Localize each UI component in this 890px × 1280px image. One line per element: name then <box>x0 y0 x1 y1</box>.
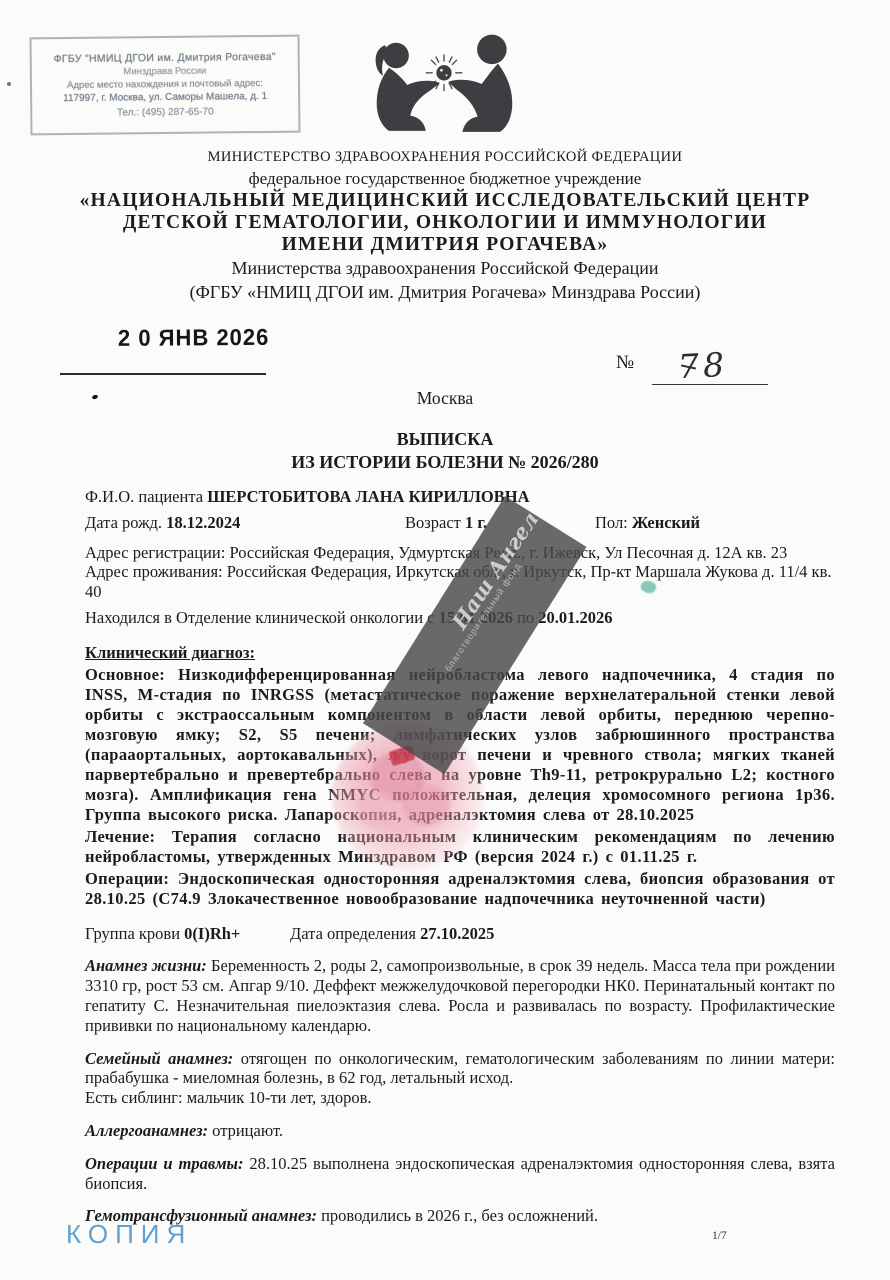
anamnesis-operations: Операции и травмы: 28.10.25 выполнена эн… <box>85 1154 835 1194</box>
blood-date-field: Дата определения 27.10.2025 <box>290 924 494 943</box>
doc-number-label: № <box>616 352 634 374</box>
anamnesis-operations-label: Операции и травмы: <box>85 1154 243 1173</box>
stamp-line: Тел.: (495) 287-65-70 <box>32 104 298 120</box>
patient-fio-line: Ф.И.О. пациента ШЕРСТОБИТОВА ЛАНА КИРИЛЛ… <box>85 487 835 507</box>
sex-value: Женский <box>632 513 700 532</box>
anamnesis-life-label: Анамнез жизни: <box>85 956 207 975</box>
ministry-line: МИНИСТЕРСТВО ЗДРАВООХРАНЕНИЯ РОССИЙСКОЙ … <box>65 147 825 168</box>
rogachev-center-logo-icon <box>338 24 552 142</box>
patient-demographics-row: Дата рожд. 18.12.2024Возраст 1 г.Пол: Же… <box>85 513 835 533</box>
dob-value: 18.12.2024 <box>166 513 240 532</box>
page-number: 1/7 <box>712 1230 727 1242</box>
stamp-line: Адрес место нахождения и почтовый адрес: <box>32 76 298 92</box>
blood-group-label: Группа крови <box>85 924 184 943</box>
sibling-line: Есть сиблинг: мальчик 10-ти лет, здоров. <box>85 1088 835 1108</box>
date-received-stamp: 2 0 ЯНВ 2026 <box>118 324 270 352</box>
title-line1: ВЫПИСКА <box>0 428 890 451</box>
document-title: ВЫПИСКА ИЗ ИСТОРИИ БОЛЕЗНИ № 2026/280 <box>0 428 890 474</box>
title-line2: ИЗ ИСТОРИИ БОЛЕЗНИ № 2026/280 <box>0 451 890 474</box>
fio-label: Ф.И.О. пациента <box>85 487 207 506</box>
sex-field: Пол: Женский <box>595 513 700 532</box>
institution-name-line3: ИМЕНИ ДМИТРИЯ РОГАЧЕВА» <box>65 234 825 256</box>
institution-short-name: (ФГБУ «НМИЦ ДГОИ им. Дмитрия Рогачева» М… <box>65 280 825 305</box>
copy-watermark: КОПИЯ <box>66 1219 192 1250</box>
anamnesis-family: Семейный анамнез: отягощен по онкологиче… <box>85 1049 835 1108</box>
dob-field: Дата рожд. 18.12.2024 <box>85 513 405 533</box>
blood-date-label: Дата определения <box>290 924 420 943</box>
stay-prefix: Находился в Отделение клинической онколо… <box>85 608 439 627</box>
address-residence-label: Адрес проживания: <box>85 562 227 581</box>
anamnesis-family-label: Семейный анамнез: <box>85 1049 233 1068</box>
ink-speck <box>7 82 11 86</box>
registration-stamp: ФГБУ "НМИЦ ДГОИ им. Дмитрия Рогачева" Ми… <box>29 35 300 136</box>
institution-name-line1: «НАЦИОНАЛЬНЫЙ МЕДИЦИНСКИЙ ИССЛЕДОВАТЕЛЬС… <box>65 190 825 212</box>
address-registration-label: Адрес регистрации: <box>85 543 229 562</box>
anamnesis-transfusion: Гемотрансфузионный анамнез: проводились … <box>85 1206 835 1226</box>
blood-group-value: 0(I)Rh+ <box>184 924 240 943</box>
diagnosis-main-label: Основное: <box>85 665 178 684</box>
stay-date-to: 20.01.2026 <box>538 608 612 627</box>
fio-value: ШЕРСТОБИТОВА ЛАНА КИРИЛЛОВНА <box>207 487 529 506</box>
blood-group-line: Группа крови 0(I)Rh+Дата определения 27.… <box>85 924 835 944</box>
ministry-sub-line: Министерства здравоохранения Российской … <box>65 257 825 280</box>
discharge-summary-page: ФГБУ "НМИЦ ДГОИ им. Дмитрия Рогачева" Ми… <box>0 0 890 1280</box>
diagnosis-treatment-label: Лечение: <box>85 827 172 846</box>
blood-date-value: 27.10.2025 <box>420 924 494 943</box>
dob-label: Дата рожд. <box>85 513 166 532</box>
document-header: МИНИСТЕРСТВО ЗДРАВООХРАНЕНИЯ РОССИЙСКОЙ … <box>65 147 825 305</box>
anamnesis-transfusion-text: проводились в 2026 г., без осложнений. <box>317 1206 598 1225</box>
age-label: Возраст <box>405 513 465 532</box>
address-registration: Адрес регистрации: Российская Федерация,… <box>85 543 835 563</box>
diagnosis-operations-text: Эндоскопическая односторонняя адреналэкт… <box>85 869 835 908</box>
date-underline <box>60 373 266 375</box>
anamnesis-allergy-label: Аллергоанамнез: <box>85 1121 208 1140</box>
blood-group-field: Группа крови 0(I)Rh+ <box>85 924 290 944</box>
sex-label: Пол: <box>595 513 632 532</box>
anamnesis-life: Анамнез жизни: Беременность 2, роды 2, с… <box>85 956 835 1035</box>
institution-name-line2: ДЕТСКОЙ ГЕМАТОЛОГИИ, ОНКОЛОГИИ И ИММУНОЛ… <box>65 212 825 234</box>
diagnosis-operations-label: Операции: <box>85 869 178 888</box>
city-label: Москва <box>0 388 890 409</box>
anamnesis-allergy: Аллергоанамнез: отрицают. <box>85 1121 835 1141</box>
anamnesis-allergy-text: отрицают. <box>208 1121 283 1140</box>
diagnosis-operations: Операции: Эндоскопическая односторонняя … <box>85 869 835 909</box>
institution-type-line: федеральное государственное бюджетное уч… <box>65 168 825 190</box>
